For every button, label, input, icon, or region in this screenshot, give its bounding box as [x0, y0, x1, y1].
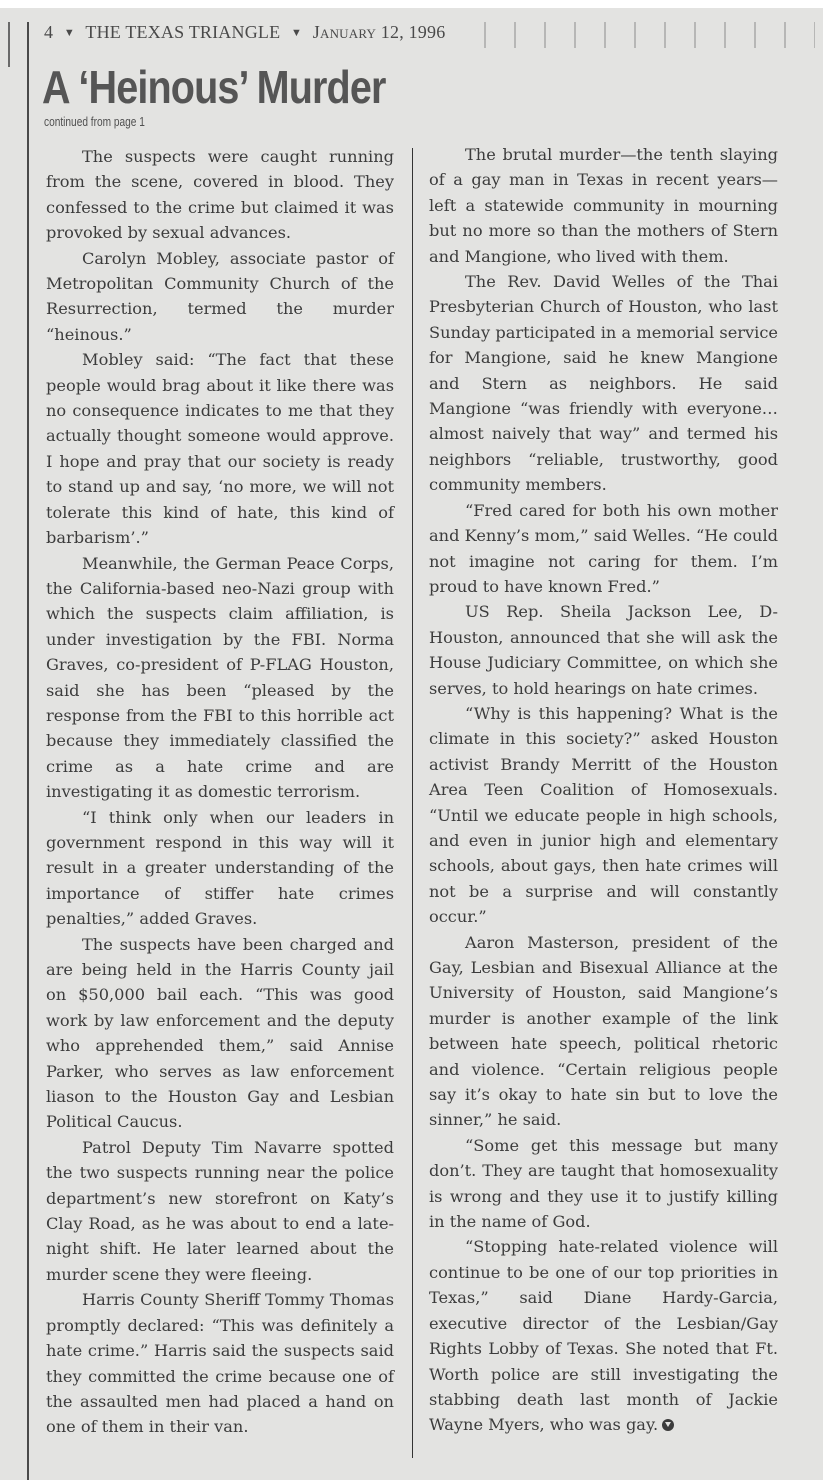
paragraph: The suspects were caught running from th… — [46, 144, 394, 246]
paragraph: “Why is this happening? What is the clim… — [429, 701, 778, 930]
column-right: The brutal murder—the tenth slaying of a… — [429, 142, 778, 1438]
column-divider — [412, 148, 413, 1458]
paragraph: US Rep. Sheila Jackson Lee, D-Houston, a… — [429, 599, 778, 701]
margin-rule — [8, 22, 10, 67]
headline: A ‘Heinous’ Murder — [42, 60, 386, 114]
paragraph: Meanwhile, the German Peace Corps, the C… — [46, 551, 394, 805]
continued-note: continued from page 1 — [44, 114, 145, 129]
paragraph: “Some get this message but many don’t. T… — [429, 1133, 778, 1235]
triangle-separator-icon: ▼ — [64, 27, 75, 39]
paragraph-text: “Stopping hate-related violence will con… — [429, 1237, 778, 1434]
paragraph-final: “Stopping hate-related violence will con… — [429, 1234, 778, 1437]
paragraph: Harris County Sheriff Tommy Thomas promp… — [46, 1287, 394, 1439]
paragraph: Carolyn Mobley, associate pastor of Metr… — [46, 246, 394, 348]
paragraph: “Fred cared for both his own mother and … — [429, 498, 778, 600]
column-left: The suspects were caught running from th… — [46, 144, 394, 1440]
paragraph: The brutal murder—the tenth slaying of a… — [429, 142, 778, 269]
triangle-separator-icon: ▼ — [291, 27, 302, 39]
newspaper-page: 4 ▼ THE TEXAS TRIANGLE ▼ January 12, 199… — [0, 0, 823, 1480]
paragraph: Mobley said: “The fact that these people… — [46, 347, 394, 550]
paragraph: Patrol Deputy Tim Navarre spotted the tw… — [46, 1135, 394, 1287]
masthead: 4 ▼ THE TEXAS TRIANGLE ▼ January 12, 199… — [44, 22, 445, 50]
publication-name: THE TEXAS TRIANGLE — [85, 22, 280, 42]
page-border-rule — [27, 22, 29, 1480]
paragraph: The Rev. David Welles of the Thai Presby… — [429, 269, 778, 498]
page-number: 4 — [44, 22, 53, 42]
paragraph: “I think only when our leaders in govern… — [46, 805, 394, 932]
issue-date: January 12, 1996 — [313, 22, 446, 42]
scan-edge — [0, 0, 823, 8]
paragraph: The suspects have been charged and are b… — [46, 932, 394, 1135]
decorative-ruler — [470, 22, 815, 48]
paragraph: Aaron Masterson, president of the Gay, L… — [429, 930, 778, 1133]
triangle-end-icon — [662, 1419, 674, 1431]
